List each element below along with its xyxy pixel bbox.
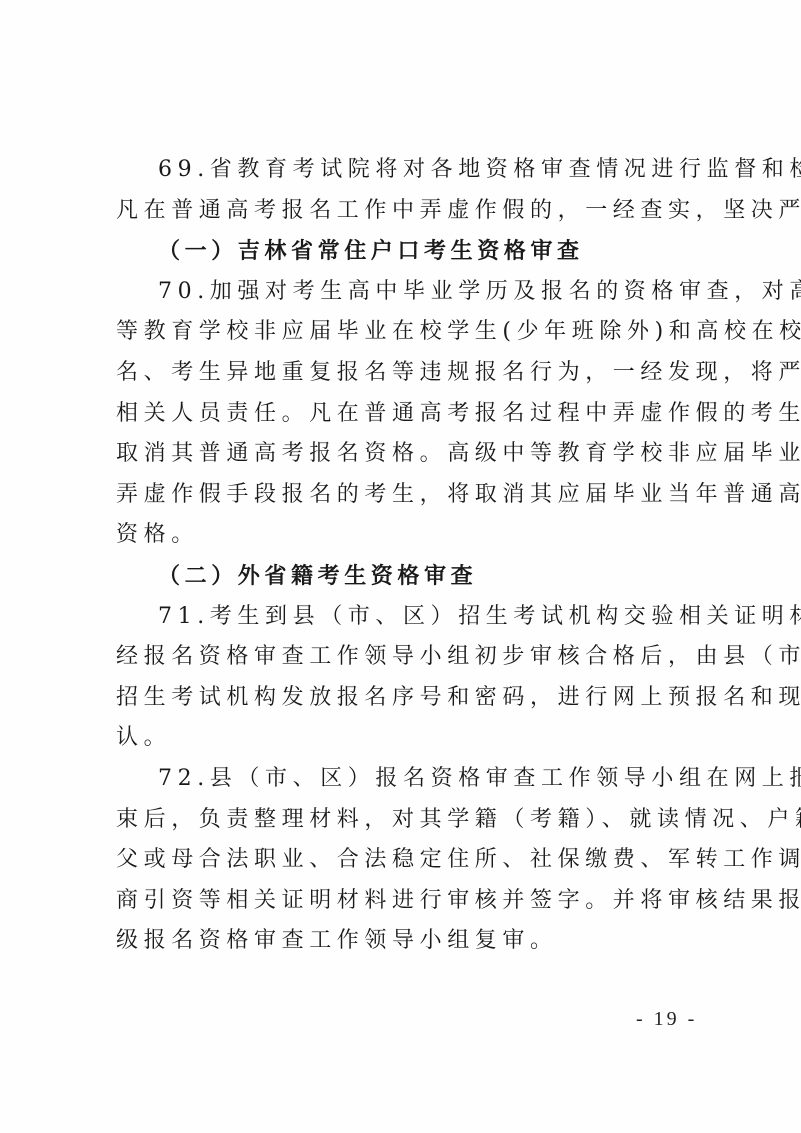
text-line: 相关人员责任。凡在普通高考报名过程中弄虚作假的考生，一律 [116,394,704,435]
text-line: 70.加强对考生高中毕业学历及报名的资格审查，对高级中 [116,272,704,313]
text-line: 69.省教育考试院将对各地资格审查情况进行监督和检查。 [116,150,704,191]
text-line: 招生考试机构发放报名序号和密码，进行网上预报名和现场确 [116,678,704,719]
text-line: 等教育学校非应届毕业在校学生(少年班除外)和高校在校生报 [116,312,704,353]
document-page: 69.省教育考试院将对各地资格审查情况进行监督和检查。 凡在普通高考报名工作中弄… [0,0,801,1133]
document-body: 69.省教育考试院将对各地资格审查情况进行监督和检查。 凡在普通高考报名工作中弄… [116,150,704,962]
paragraph-69: 69.省教育考试院将对各地资格审查情况进行监督和检查。 凡在普通高考报名工作中弄… [116,150,704,231]
text-line: 取消其普通高考报名资格。高级中等教育学校非应届毕业年份以 [116,434,704,475]
text-line: 父或母合法职业、合法稳定住所、社保缴费、军转工作调动、招 [116,840,704,881]
paragraph-70: 70.加强对考生高中毕业学历及报名的资格审查，对高级中 等教育学校非应届毕业在校… [116,272,704,556]
paragraph-71: 71.考生到县（市、区）招生考试机构交验相关证明材料， 经报名资格审查工作领导小… [116,597,704,759]
text-line: 经报名资格审查工作领导小组初步审核合格后，由县（市、区） [116,637,704,678]
text-line: 资格。 [116,515,704,556]
section-heading-1: （一）吉林省常住户口考生资格审查 [116,231,704,272]
paragraph-72: 72.县（市、区）报名资格审查工作领导小组在网上报名结 束后，负责整理材料，对其… [116,759,704,962]
text-line: 级报名资格审查工作领导小组复审。 [116,921,704,962]
text-line: 束后，负责整理材料，对其学籍（考籍）、就读情况、户籍及其 [116,800,704,841]
text-line: 凡在普通高考报名工作中弄虚作假的，一经查实，坚决严肃处理。 [116,191,704,232]
text-line: 商引资等相关证明材料进行审核并签字。并将审核结果报市（州） [116,881,704,922]
text-line: 71.考生到县（市、区）招生考试机构交验相关证明材料， [116,597,704,638]
page-number: - 19 - [636,1008,697,1031]
section-heading-2: （二）外省籍考生资格审查 [116,556,704,597]
text-line: 认。 [116,718,704,759]
text-line: 名、考生异地重复报名等违规报名行为，一经发现，将严肃追究 [116,353,704,394]
text-line: 弄虚作假手段报名的考生，将取消其应届毕业当年普通高考报名 [116,475,704,516]
text-line: 72.县（市、区）报名资格审查工作领导小组在网上报名结 [116,759,704,800]
